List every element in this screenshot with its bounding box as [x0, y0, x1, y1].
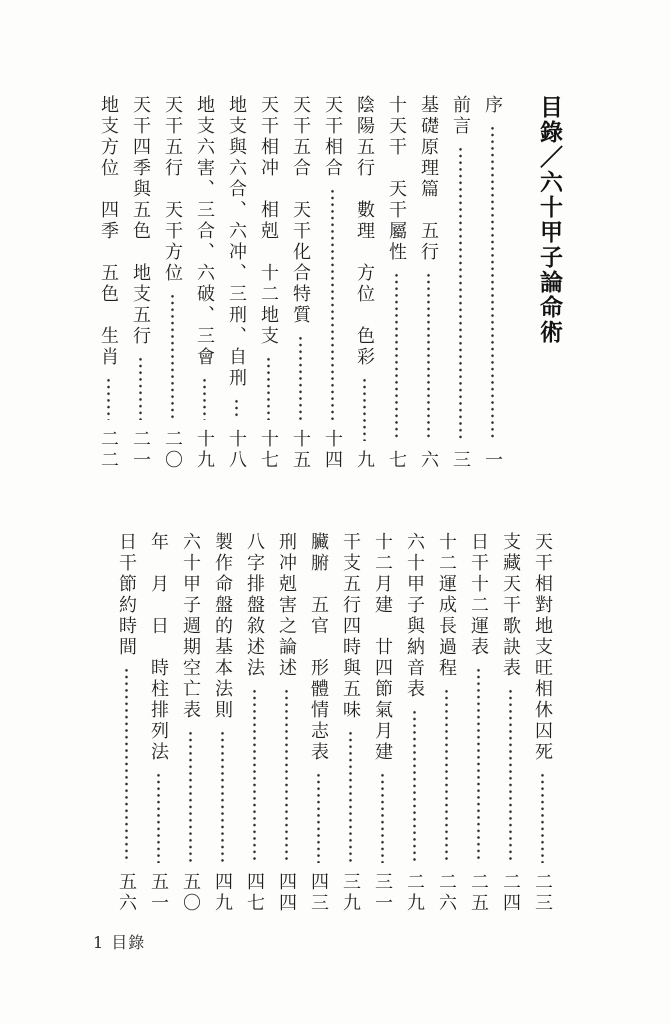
toc-entry-title: 天干五行 天干方位 — [159, 95, 185, 284]
toc-entry-title: 天干相對地支旺相休囚死 — [529, 532, 555, 763]
toc-entry-title: 十二運成長過程 — [433, 532, 459, 679]
dot-leader — [283, 688, 290, 863]
toc-entry-page-number: 十四 — [319, 429, 345, 471]
toc-entry-title: 前言 — [447, 95, 473, 137]
page-title: 目錄／六十甲子論命術 — [518, 95, 566, 471]
toc-entry: 前言 三 — [444, 95, 476, 471]
toc-entry: 天干相冲 相剋 十二地支 十七 — [252, 95, 284, 471]
toc-entry-title: 六十甲子週期空亡表 — [177, 532, 203, 721]
toc-entry-page-number: 四三 — [305, 872, 331, 914]
toc-entry-title: 十二月建 廿四節氣月建 — [369, 532, 395, 763]
toc-entry: 八字排盤敘述法 四七 — [238, 532, 270, 914]
dot-leader — [379, 772, 386, 863]
toc-entry: 刑冲剋害之論述 四四 — [270, 532, 302, 914]
toc-entry: 六十甲子週期空亡表 五〇 — [174, 532, 206, 914]
toc-entry-page-number: 二三 — [529, 872, 555, 914]
toc-entry-page-number: 五一 — [145, 872, 171, 914]
toc-entry-page-number: 四四 — [273, 872, 299, 914]
dot-leader — [123, 667, 130, 863]
dot-leader — [297, 335, 304, 420]
dot-leader — [265, 356, 272, 420]
toc-entry-title: 刑冲剋害之論述 — [273, 532, 299, 679]
toc-entry: 臟腑 五官 形體情志表 四三 — [302, 532, 334, 914]
toc-entry: 地支方位 四季 五色 生肖 二二 — [92, 95, 124, 471]
toc-entry-title: 製作命盤的基本法則 — [209, 532, 235, 721]
toc-entry-page-number: 二四 — [497, 872, 523, 914]
toc-entry: 製作命盤的基本法則 四九 — [206, 532, 238, 914]
toc-entry-title: 陰陽五行 數理 方位 色彩 — [351, 95, 377, 368]
toc-entry-title: 地支方位 四季 五色 生肖 — [95, 95, 121, 368]
toc-entry: 陰陽五行 數理 方位 色彩 九 — [348, 95, 380, 471]
footer-label: 目錄 — [111, 933, 145, 952]
toc-entry: 十二運成長過程 二六 — [430, 532, 462, 914]
toc-entry-page-number: 二六 — [433, 872, 459, 914]
toc-entry-page-number: 二五 — [465, 872, 491, 914]
dot-leader — [155, 772, 162, 863]
toc-entry: 十天干 天干屬性 七 — [380, 95, 412, 471]
toc-entry: 序 一 — [476, 95, 508, 471]
toc-entry: 干支五行四時與五味 三九 — [334, 532, 366, 914]
toc-entry-title: 六十甲子與納音表 — [401, 532, 427, 700]
toc-entry-title: 十天干 天干屬性 — [383, 95, 409, 263]
toc-entry: 年 月 日 時柱排列法 五一 — [142, 532, 174, 914]
toc-entry: 天干四季與五色 地支五行 二一 — [124, 95, 156, 471]
toc-entry-title: 干支五行四時與五味 — [337, 532, 363, 721]
toc-entry-title: 支藏天干歌訣表 — [497, 532, 523, 679]
toc-entry: 支藏天干歌訣表 二四 — [494, 532, 526, 914]
toc-entry-page-number: 二二 — [95, 429, 121, 471]
dot-leader — [219, 730, 226, 863]
toc-entry-title: 基礎原理篇 五行 — [415, 95, 441, 263]
toc-entry-title: 序 — [479, 95, 505, 116]
toc-entry: 地支與六合、六冲、三刑、自刑 十八 — [220, 95, 252, 471]
toc-entry-page-number: 十八 — [223, 429, 249, 471]
toc-entry: 十二月建 廿四節氣月建 三一 — [366, 532, 398, 914]
toc-entry-page-number: 一 — [479, 450, 505, 471]
dot-leader — [137, 356, 144, 420]
dot-leader — [457, 146, 464, 441]
toc-entry-page-number: 九 — [351, 450, 377, 471]
toc-entry-title: 地支與六合、六冲、三刑、自刑 — [223, 95, 249, 389]
page-footer: 1目錄 — [93, 930, 145, 953]
dot-leader — [475, 667, 482, 863]
toc-entry-page-number: 六 — [415, 450, 441, 471]
dot-leader — [187, 730, 194, 863]
toc-entry-page-number: 三一 — [369, 872, 395, 914]
dot-leader — [425, 272, 432, 441]
toc-entry-title: 日干節約時間 — [113, 532, 139, 658]
toc-page: 目錄／六十甲子論命術 序 一 前言 三 基礎原理篇 五行 六 十天干 天干屬性 … — [0, 0, 670, 1024]
toc-section-top: 目錄／六十甲子論命術 序 一 前言 三 基礎原理篇 五行 六 十天干 天干屬性 … — [92, 95, 566, 471]
toc-entry-page-number: 五六 — [113, 872, 139, 914]
toc-entry-page-number: 七 — [383, 450, 409, 471]
dot-leader — [443, 688, 450, 863]
toc-entry: 天干五行 天干方位 二〇 — [156, 95, 188, 471]
toc-entry-page-number: 十九 — [191, 429, 217, 471]
toc-entry-title: 臟腑 五官 形體情志表 — [305, 532, 331, 763]
dot-leader — [489, 125, 496, 441]
toc-entry: 天干相合 十四 — [316, 95, 348, 471]
toc-entry: 六十甲子與納音表 二九 — [398, 532, 430, 914]
toc-entry: 日干節約時間 五六 — [110, 532, 142, 914]
dot-leader — [315, 772, 322, 863]
toc-entry: 天干五合 天干化合特質 十五 — [284, 95, 316, 471]
toc-entry-title: 年 月 日 時柱排列法 — [145, 532, 171, 763]
toc-entry-title: 天干相冲 相剋 十二地支 — [255, 95, 281, 347]
toc-entry-page-number: 五〇 — [177, 872, 203, 914]
toc-entry-page-number: 二一 — [127, 429, 153, 471]
dot-leader — [105, 377, 112, 420]
dot-leader — [233, 398, 240, 420]
toc-section-bottom: 天干相對地支旺相休囚死 二三 支藏天干歌訣表 二四 日干十二運表 二五 十二運成… — [110, 532, 558, 914]
dot-leader — [347, 730, 354, 863]
footer-page-number: 1 — [93, 933, 104, 952]
toc-entry-page-number: 十七 — [255, 429, 281, 471]
toc-entry: 基礎原理篇 五行 六 — [412, 95, 444, 471]
toc-entry-page-number: 四九 — [209, 872, 235, 914]
dot-leader — [411, 709, 418, 863]
toc-entry-page-number: 十五 — [287, 429, 313, 471]
dot-leader — [201, 377, 208, 420]
toc-entry: 天干相對地支旺相休囚死 二三 — [526, 532, 558, 914]
toc-entry-title: 天干相合 — [319, 95, 345, 179]
dot-leader — [393, 272, 400, 441]
toc-entry-title: 天干四季與五色 地支五行 — [127, 95, 153, 347]
dot-leader — [507, 688, 514, 863]
toc-entry-page-number: 二九 — [401, 872, 427, 914]
dot-leader — [169, 293, 176, 420]
dot-leader — [539, 772, 546, 863]
toc-entry: 日干十二運表 二五 — [462, 532, 494, 914]
toc-entry-title: 天干五合 天干化合特質 — [287, 95, 313, 326]
dot-leader — [251, 688, 258, 863]
toc-entry-page-number: 三 — [447, 450, 473, 471]
dot-leader — [361, 377, 368, 441]
toc-entry-title: 日干十二運表 — [465, 532, 491, 658]
toc-entry: 地支六害、三合、六破、三會 十九 — [188, 95, 220, 471]
dot-leader — [329, 188, 336, 420]
toc-entry-page-number: 四七 — [241, 872, 267, 914]
toc-entry-title: 八字排盤敘述法 — [241, 532, 267, 679]
toc-entry-title: 地支六害、三合、六破、三會 — [191, 95, 217, 368]
toc-entry-page-number: 三九 — [337, 872, 363, 914]
toc-entry-page-number: 二〇 — [159, 429, 185, 471]
